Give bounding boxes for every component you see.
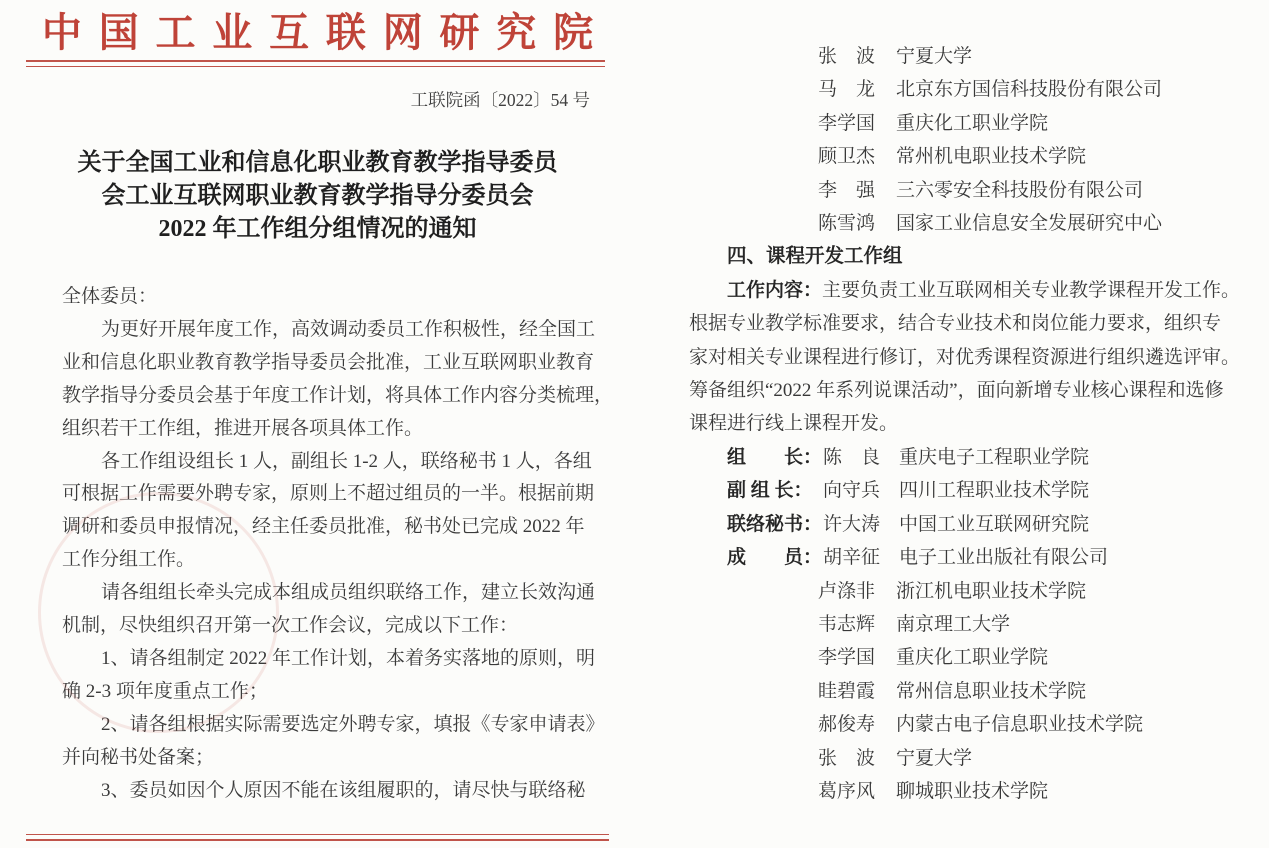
member-org: 宁夏大学 bbox=[896, 742, 972, 775]
scanned-notice-document: { "document": { "page_left": { "letterhe… bbox=[0, 0, 1269, 848]
letterhead-title: 中国工业互联网研究院 bbox=[0, 10, 635, 56]
member-row: 张 波 宁夏大学 bbox=[635, 40, 1269, 73]
letterhead-separator-line bbox=[26, 60, 605, 67]
member-org: 三六零安全科技股份有限公司 bbox=[896, 174, 1143, 207]
page-left: 中国工业互联网研究院 工联院函〔2022〕54 号 关于全国工业和信息化职业教育… bbox=[0, 0, 635, 848]
role-row: 副 组 长：向守兵四川工程职业技术学院 bbox=[635, 474, 1269, 507]
body-line: 并向秘书处备案； bbox=[62, 742, 579, 775]
role-org: 电子工业出版社有限公司 bbox=[899, 541, 1108, 574]
doc-number: 工联院函〔2022〕54 号 bbox=[0, 89, 635, 111]
role-name: 许大涛 bbox=[823, 508, 899, 541]
member-name: 陈雪鸿 bbox=[818, 207, 896, 240]
member-name: 马 龙 bbox=[818, 73, 896, 106]
member-row: 李学国 重庆化工职业学院 bbox=[635, 641, 1269, 674]
body-line: 3、委员如因个人原因不能在该组履职的，请尽快与联络秘 bbox=[62, 775, 579, 808]
member-row: 顾卫杰 常州机电职业技术学院 bbox=[635, 140, 1269, 173]
carryover-member-list: 张 波 宁夏大学 马 龙 北京东方国信科技股份有限公司 李学国 重庆化工职业学院… bbox=[635, 40, 1269, 240]
member-name: 韦志辉 bbox=[818, 608, 896, 641]
member-org: 浙江机电职业技术学院 bbox=[896, 575, 1086, 608]
member-row: 卢涤非 浙江机电职业技术学院 bbox=[635, 575, 1269, 608]
member-org: 聊城职业技术学院 bbox=[896, 775, 1048, 808]
member-name: 张 波 bbox=[818, 742, 896, 775]
role-label: 组 长： bbox=[727, 441, 823, 474]
section-heading: 四、课程开发工作组 bbox=[635, 240, 1269, 273]
member-org: 南京理工大学 bbox=[896, 608, 1010, 641]
work-content-lines: 根据专业教学标准要求，结合专业技术和岗位能力要求，组织专 家对相关专业课程进行修… bbox=[635, 307, 1269, 441]
role-name: 胡辛征 bbox=[823, 541, 899, 574]
body-line: 机制，尽快组织召开第一次工作会议，完成以下工作： bbox=[62, 610, 579, 643]
body-line: 请各组组长牵头完成本组成员组织联络工作，建立长效沟通 bbox=[62, 577, 579, 610]
role-row: 组 长：陈 良重庆电子工程职业学院 bbox=[635, 441, 1269, 474]
body-line: 确 2-3 项年度重点工作； bbox=[62, 676, 579, 709]
body-line: 组织若干工作组，推进开展各项具体工作。 bbox=[62, 413, 579, 446]
member-name: 葛序风 bbox=[818, 775, 896, 808]
member-org: 北京东方国信科技股份有限公司 bbox=[896, 73, 1162, 106]
notice-title: 关于全国工业和信息化职业教育教学指导委员 会工业互联网职业教育教学指导分委员会 … bbox=[0, 147, 635, 246]
member-row: 郝俊寿 内蒙古电子信息职业技术学院 bbox=[635, 708, 1269, 741]
body-line: 2、请各组根据实际需要选定外聘专家，填报《专家申请表》 bbox=[62, 709, 579, 742]
body-line: 各工作组设组长 1 人，副组长 1-2 人，联络秘书 1 人，各组 bbox=[62, 446, 579, 479]
role-org: 重庆电子工程职业学院 bbox=[899, 441, 1089, 474]
member-row: 陈雪鸿 国家工业信息安全发展研究中心 bbox=[635, 207, 1269, 240]
role-org: 四川工程职业技术学院 bbox=[899, 474, 1089, 507]
footer-separator-line bbox=[26, 834, 609, 841]
member-org: 常州信息职业技术学院 bbox=[896, 675, 1086, 708]
role-list: 组 长：陈 良重庆电子工程职业学院 副 组 长：向守兵四川工程职业技术学院 联络… bbox=[635, 441, 1269, 575]
body-line: 可根据工作需要外聘专家，原则上不超过组员的一半。根据前期 bbox=[62, 478, 579, 511]
member-row: 李 强 三六零安全科技股份有限公司 bbox=[635, 174, 1269, 207]
member-name: 李 强 bbox=[818, 174, 896, 207]
member-org: 重庆化工职业学院 bbox=[896, 107, 1048, 140]
member-row: 韦志辉 南京理工大学 bbox=[635, 608, 1269, 641]
role-label: 副 组 长： bbox=[727, 474, 823, 507]
body-line: 工作分组工作。 bbox=[62, 544, 579, 577]
member-list: 卢涤非 浙江机电职业技术学院 韦志辉 南京理工大学 李学国 重庆化工职业学院 眭… bbox=[635, 575, 1269, 809]
member-name: 李学国 bbox=[818, 107, 896, 140]
member-org: 重庆化工职业学院 bbox=[896, 641, 1048, 674]
body-text: 全体委员： 为更好开展年度工作，高效调动委员工作积极性，经全国工 业和信息化职业… bbox=[0, 281, 635, 808]
member-name: 张 波 bbox=[818, 40, 896, 73]
role-name: 向守兵 bbox=[823, 474, 899, 507]
body-line: 调研和委员申报情况，经主任委员批准，秘书处已完成 2022 年 bbox=[62, 511, 579, 544]
body-line: 业和信息化职业教育教学指导委员会批准，工业互联网职业教育 bbox=[62, 347, 579, 380]
member-org: 内蒙古电子信息职业技术学院 bbox=[896, 708, 1143, 741]
role-label: 联络秘书： bbox=[727, 508, 823, 541]
member-name: 卢涤非 bbox=[818, 575, 896, 608]
work-content-line: 根据专业教学标准要求，结合专业技术和岗位能力要求，组织专 bbox=[635, 307, 1269, 340]
notice-title-line: 关于全国工业和信息化职业教育教学指导委员 bbox=[0, 147, 635, 180]
member-row: 李学国 重庆化工职业学院 bbox=[635, 107, 1269, 140]
page-right: 张 波 宁夏大学 马 龙 北京东方国信科技股份有限公司 李学国 重庆化工职业学院… bbox=[635, 0, 1269, 848]
member-row: 葛序风 聊城职业技术学院 bbox=[635, 775, 1269, 808]
member-name: 眭碧霞 bbox=[818, 675, 896, 708]
work-content-label: 工作内容： bbox=[727, 280, 822, 301]
notice-title-line: 会工业互联网职业教育教学指导分委员会 bbox=[0, 180, 635, 213]
member-row: 眭碧霞 常州信息职业技术学院 bbox=[635, 675, 1269, 708]
member-org: 国家工业信息安全发展研究中心 bbox=[896, 207, 1162, 240]
member-name: 顾卫杰 bbox=[818, 140, 896, 173]
role-org: 中国工业互联网研究院 bbox=[899, 508, 1089, 541]
member-org: 宁夏大学 bbox=[896, 40, 972, 73]
body-line: 教学指导分委员会基于年度工作计划，将具体工作内容分类梳理， bbox=[62, 380, 579, 413]
work-content-line: 筹备组织“2022 年系列说课活动”，面向新增专业核心课程和选修 bbox=[635, 374, 1269, 407]
work-content-lead-line: 工作内容：主要负责工业互联网相关专业教学课程开发工作。 bbox=[635, 274, 1269, 307]
member-row: 马 龙 北京东方国信科技股份有限公司 bbox=[635, 73, 1269, 106]
body-line: 为更好开展年度工作，高效调动委员工作积极性，经全国工 bbox=[62, 314, 579, 347]
member-name: 郝俊寿 bbox=[818, 708, 896, 741]
work-content-line: 课程进行线上课程开发。 bbox=[635, 407, 1269, 440]
member-name: 李学国 bbox=[818, 641, 896, 674]
role-row: 联络秘书：许大涛中国工业互联网研究院 bbox=[635, 508, 1269, 541]
work-content-lead-text: 主要负责工业互联网相关专业教学课程开发工作。 bbox=[822, 280, 1240, 301]
member-row: 张 波 宁夏大学 bbox=[635, 742, 1269, 775]
body-line: 全体委员： bbox=[62, 281, 579, 314]
role-label: 成 员： bbox=[727, 541, 823, 574]
body-line: 1、请各组制定 2022 年工作计划，本着务实落地的原则，明 bbox=[62, 643, 579, 676]
work-content-line: 家对相关专业课程进行修订，对优秀课程资源进行组织遴选评审。 bbox=[635, 341, 1269, 374]
member-org: 常州机电职业技术学院 bbox=[896, 140, 1086, 173]
notice-title-line: 2022 年工作组分组情况的通知 bbox=[0, 213, 635, 246]
role-row: 成 员：胡辛征电子工业出版社有限公司 bbox=[635, 541, 1269, 574]
role-name: 陈 良 bbox=[823, 441, 899, 474]
